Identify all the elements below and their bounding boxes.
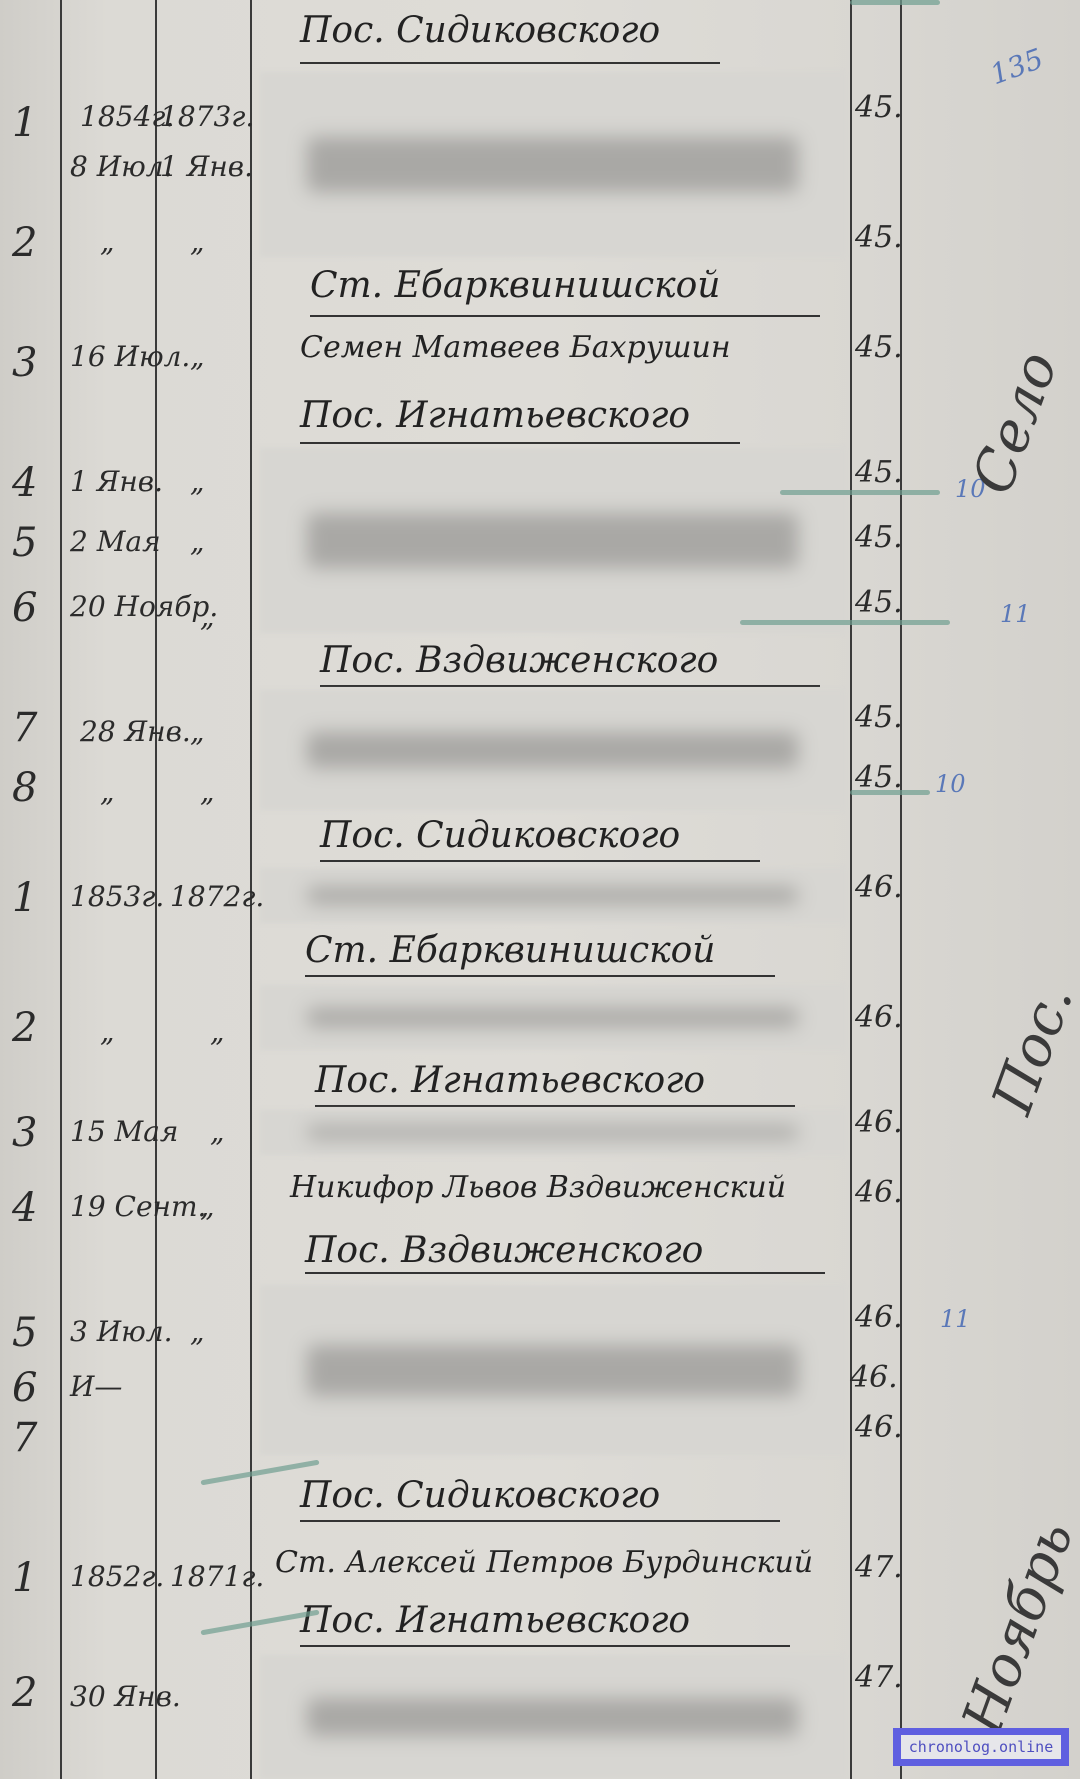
redacted-entry [260,72,845,257]
row-number: 2 [12,220,37,266]
row-number: 2 [12,1005,37,1051]
birth-date: 15 Мая [70,1115,178,1148]
watermark-text: chronolog.online [901,1735,1062,1759]
entry-year: 1872г. [170,880,264,913]
row-number: 1 [12,1555,37,1601]
entry-year: „ [210,1115,225,1148]
margin-annotation: Ноябрь [950,1513,1080,1742]
margin-annotation: Село [960,343,1071,502]
entry-year: „ [190,225,205,258]
entry-year: „ [190,340,205,373]
page-number: 46. [850,1360,898,1395]
entry-year: „ [200,775,215,808]
green-mark [850,790,930,795]
row-number: 5 [12,1310,37,1356]
section-header: Пос. Игнатьевского [300,1600,690,1641]
section-header: Пос. Вздвиженского [320,640,718,681]
entry-date: 1 Янв. [160,150,253,183]
birth-year: „ [100,225,115,258]
page-number: 45. [855,90,903,125]
row-number: 1 [12,875,37,921]
birth-date: 8 Июл. [70,150,173,183]
entry-name: Ст. Алексей Петров Бурдинский [275,1545,813,1580]
birth-date: 30 Янв. [70,1680,181,1713]
page-number: 47. [855,1660,903,1695]
header-underline [305,975,775,977]
entry-year: 1871г. [170,1560,264,1593]
page-number: 46. [855,1175,903,1210]
birth-date: 28 Янв. [80,715,191,748]
entry-year: „ [210,1015,225,1048]
redacted-entry [260,1655,845,1779]
redacted-entry [260,690,845,810]
page-number: 45. [855,330,903,365]
row-number: 1 [12,100,37,146]
section-header: Ст. Ебарквинишской [305,930,715,971]
column-rule [60,0,62,1779]
row-number: 8 [12,765,37,811]
section-header: Ст. Ебарквинишской [310,265,720,306]
green-mark [740,620,950,625]
header-underline [320,685,820,687]
section-header: Пос. Вздвиженского [305,1230,703,1271]
header-underline [300,1520,780,1522]
page-number: 46. [855,1000,903,1035]
redacted-entry [260,1110,845,1155]
redacted-entry [260,448,845,633]
entry-year: „ [190,1315,205,1348]
row-number: 5 [12,520,37,566]
page-number: 47. [855,1550,903,1585]
birth-year: „ [100,775,115,808]
row-number: 4 [12,460,37,506]
page-number: 45. [855,455,903,490]
header-underline [300,442,740,444]
page-number: 46. [855,1105,903,1140]
entry-year: „ [190,465,205,498]
row-number: 4 [12,1185,37,1231]
birth-date: 20 Ноябр. [70,590,218,623]
row-number: 7 [12,1415,37,1461]
green-mark [780,490,940,495]
page-number: 45. [855,220,903,255]
header-underline [320,860,760,862]
register-page: Пос. Сидиковского Ст. Ебарквинишской Пос… [0,0,1080,1779]
header-underline [300,62,720,64]
row-number: 3 [12,340,37,386]
entry-year: „ [190,715,205,748]
birth-year: 1853г. [70,880,164,913]
row-number: 7 [12,705,37,751]
entry-year: 1873г. [160,100,254,133]
row-number: 6 [12,585,37,631]
birth-year: „ [100,1015,115,1048]
margin-annotation: Пос. [980,976,1080,1122]
birth-date: 2 Мая [70,525,161,558]
row-number: 3 [12,1110,37,1156]
redacted-entry [260,868,845,923]
header-underline [315,1105,795,1107]
page-number: 46. [855,870,903,905]
section-header: Пос. Сидиковского [300,1475,660,1516]
redacted-entry [260,985,845,1050]
page-number: 45. [855,520,903,555]
margin-note-number: 135 [986,42,1048,91]
section-header: Пос. Игнатьевского [300,395,690,436]
entry-year: „ [200,1190,215,1223]
header-underline [305,1272,825,1274]
birth-date: И— [70,1370,122,1403]
row-number: 2 [12,1670,37,1716]
birth-date: 16 Июл. [70,340,190,373]
page-number: 46. [855,1410,903,1445]
section-header: Пос. Игнатьевского [315,1060,705,1101]
watermark: chronolog.online [893,1728,1069,1766]
section-header: Пос. Сидиковского [300,10,660,51]
birth-date: 1 Янв. [70,465,163,498]
blue-note: 11 [940,1305,971,1333]
row-number: 6 [12,1365,37,1411]
header-underline [310,315,820,317]
entry-year: „ [200,600,215,633]
entry-name: Семен Матвеев Бахрушин [300,330,731,365]
section-header: Пос. Сидиковского [320,815,680,856]
entry-name: Никифор Львов Вздвиженский [290,1170,786,1205]
redacted-entry [260,1285,845,1455]
column-rule [850,0,852,1779]
green-mark [850,0,940,5]
birth-year: 1852г. [70,1560,164,1593]
birth-date: 3 Июл. [70,1315,173,1348]
blue-note: 11 [1000,600,1031,628]
blue-note: 10 [935,770,966,798]
page-number: 45. [855,700,903,735]
header-underline [300,1645,790,1647]
page-number: 45. [855,585,903,620]
entry-year: „ [190,525,205,558]
birth-date: 19 Сент. [70,1190,206,1223]
page-number: 46. [855,1300,903,1335]
